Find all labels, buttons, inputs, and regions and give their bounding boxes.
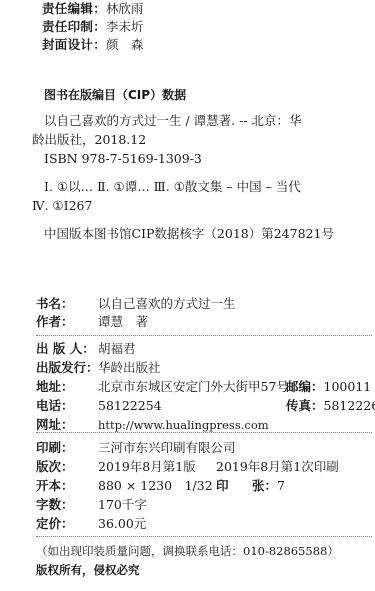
distributor-label: 出版发行： [36, 360, 98, 376]
label-char: 名： [49, 296, 74, 312]
cip-record-number: 中国版本图书馆CIP数据核字（2018）第247821号 [44, 225, 334, 243]
sheets-label-b: 张： [252, 478, 277, 493]
cip-line-2: 龄出版社，2018.12 [32, 131, 146, 149]
label-char: 本： [49, 478, 74, 494]
divider [36, 536, 372, 537]
label-char: 定 [36, 516, 49, 532]
postcode-value: 100011 [324, 379, 372, 394]
cip-isbn: ISBN 978-7-5169-1309-3 [44, 150, 202, 168]
phone: 58122254 [98, 398, 162, 413]
format-row: 开本：880 × 1230 1/32 [36, 478, 213, 494]
label-char: 书 [36, 296, 49, 312]
author-row: 作者：谭慧 著 [36, 314, 148, 330]
publisher-person: 胡福君 [98, 341, 136, 356]
printer: 三河市东兴印刷有限公司 [98, 440, 236, 455]
staff-cover-design: 封面设计：颜 森 [42, 36, 144, 54]
printer-row: 印刷：三河市东兴印刷有限公司 [36, 440, 236, 456]
word-count: 170千字 [98, 497, 147, 512]
address: 北京市东城区安定门外大街甲57号 [98, 379, 289, 394]
label-char: 数： [49, 497, 74, 513]
staff-label: 责任编辑： [42, 1, 106, 16]
website-row: 网址：http://www.hualingpress.com [36, 417, 269, 433]
label-char: 作 [36, 314, 49, 330]
book-title: 以自己喜欢的方式过一生 [98, 296, 236, 311]
price: 36.00元 [98, 516, 146, 531]
phone-row: 电话：58122254 [36, 398, 162, 414]
label-char: 址： [49, 417, 74, 433]
cip-line-1: 以自己喜欢的方式过一生 / 谭慧著. -- 北京：华 [44, 112, 302, 130]
label-char: 址： [49, 379, 74, 395]
postcode-label: 邮编： [286, 379, 324, 394]
label-char: 刷： [49, 440, 74, 456]
label-char: 网 [36, 417, 49, 433]
printing-date: 2019年8月第1次印刷 [216, 459, 339, 475]
label-char: 开 [36, 478, 49, 494]
cip-class-1: Ⅰ. ①以… Ⅱ. ①谭… Ⅲ. ①散文集 – 中国 – 当代 [44, 178, 301, 196]
staff-value: 颜 森 [106, 37, 144, 52]
label-char: 电 [36, 398, 49, 414]
format: 880 × 1230 1/32 [98, 478, 213, 493]
fax: 传真：58122264 [286, 398, 375, 414]
label-char: 价： [49, 516, 74, 532]
label-char: 话： [49, 398, 74, 414]
distributor: 华龄出版社 [98, 360, 161, 375]
label-char: 字 [36, 497, 49, 513]
copyright-notice: 版权所有，侵权必究 [36, 562, 140, 578]
staff-value: 林欣雨 [106, 1, 144, 16]
sheets: 印张：7 [216, 478, 285, 494]
publisher-person-label: 出 版 人： [36, 341, 98, 357]
divider [36, 335, 372, 336]
fax-value: 58122264 [324, 398, 375, 413]
staff-editor: 责任编辑：林欣雨 [42, 0, 144, 18]
label-char: 次： [49, 459, 74, 475]
book-title-row: 书名：以自己喜欢的方式过一生 [36, 296, 236, 312]
divider [36, 432, 372, 433]
label-char: 印 [36, 440, 49, 456]
cip-title: 图书在版编目（CIP）数据 [44, 86, 186, 103]
word-count-row: 字数：170千字 [36, 497, 147, 513]
distributor-row: 出版发行：华龄出版社 [36, 360, 161, 376]
price-row: 定价：36.00元 [36, 516, 146, 532]
label-char: 地 [36, 379, 49, 395]
staff-label: 责任印制： [42, 19, 106, 34]
fax-label: 传真： [286, 398, 324, 413]
publisher-person-row: 出 版 人：胡福君 [36, 341, 136, 357]
label-char: 版 [36, 459, 49, 475]
staff-value: 李未圻 [106, 19, 144, 34]
quality-notice: （如出现印装质量问题，调换联系电话：010-82865588） [36, 543, 339, 559]
website-link[interactable]: http://www.hualingpress.com [98, 418, 269, 432]
cip-class-2: Ⅳ. ①I267 [32, 197, 92, 215]
sheets-value: 7 [277, 478, 285, 493]
staff-label: 封面设计： [42, 37, 106, 52]
edition-row: 版次：2019年8月第1版 [36, 459, 196, 475]
label-char: 者： [49, 314, 74, 330]
edition: 2019年8月第1版 [98, 459, 196, 474]
postcode: 邮编：100011 [286, 379, 371, 395]
staff-printing: 责任印制：李未圻 [42, 18, 144, 36]
sheets-label-a: 印 [216, 478, 252, 494]
address-row: 地址：北京市东城区安定门外大街甲57号 [36, 379, 289, 395]
author: 谭慧 著 [98, 314, 148, 329]
